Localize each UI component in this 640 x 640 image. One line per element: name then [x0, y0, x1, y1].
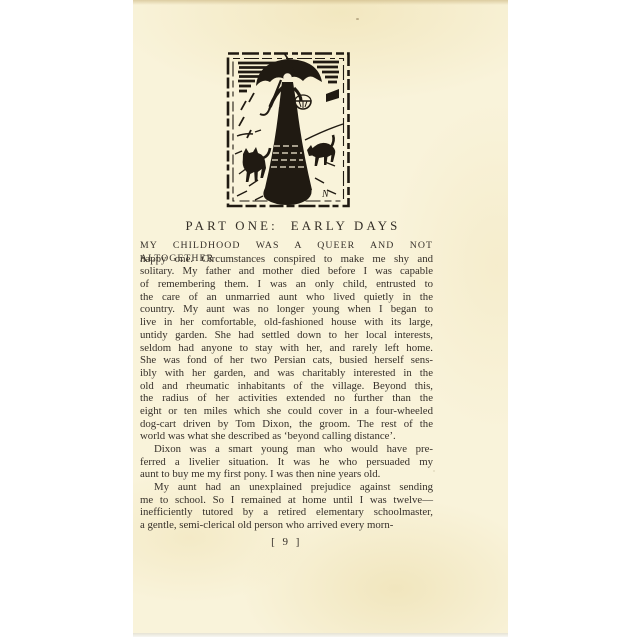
part-heading: PART ONE: EARLY DAYS: [143, 219, 443, 234]
artist-monogram: N: [321, 189, 330, 200]
body-text-line: old and rheumatic inhabitants of the vil…: [140, 380, 433, 393]
body-text-line: Dixon was a smart young man who would ha…: [140, 443, 433, 456]
cat-left: [243, 147, 270, 182]
body-text-line: happy one. Circumstances conspired to ma…: [140, 253, 433, 266]
body-text-line: aunt to buy me my first pony. I was then…: [140, 468, 433, 481]
body-text-line: the radius of her activities extended no…: [140, 392, 433, 405]
body-text-line: MY CHILDHOOD WAS A QUEER AND NOT ALTOGET…: [140, 240, 433, 253]
cat-right: [307, 135, 335, 166]
woodcut-illustration: N: [225, 50, 352, 210]
page-number: [ 9 ]: [140, 536, 433, 548]
body-text-line: ferred a livelier situation. It was he w…: [140, 456, 433, 469]
body-text-line: seldom had anyone to stay with her, and …: [140, 342, 433, 355]
body-text-line: the care of an unmarried aunt who lived …: [140, 291, 433, 304]
woman-figure: [263, 66, 312, 205]
body-text-line: untidy garden. She had settled down to h…: [140, 329, 433, 342]
body-text-line: inefficiently tutored by a retired eleme…: [140, 506, 433, 519]
body-text-line: me to school. So I remained at home unti…: [140, 494, 433, 507]
body-text-line: solitary. My father and mother died befo…: [140, 265, 433, 278]
body-text-line: ibly with her garden, and was charitably…: [140, 367, 433, 380]
book-page-photo: N PART ONE: EARLY DAYS MY CHILDHOOD WAS …: [0, 0, 640, 640]
page-bottom-edge: [133, 633, 508, 637]
distant-bush-shape: [326, 89, 339, 102]
body-text-line: world was what she described as ‘beyond …: [140, 430, 433, 443]
basket-shape: [295, 95, 311, 109]
body-text-line: My aunt had an unexplained prejudice aga…: [140, 481, 433, 494]
book-page: N PART ONE: EARLY DAYS MY CHILDHOOD WAS …: [133, 0, 508, 633]
woodcut-woman-with-umbrella-and-cats: N: [225, 50, 352, 210]
body-text-line: eight or ten miles which she could cover…: [140, 405, 433, 418]
body-text-line: dog-cart driven by Tom Dixon, the groom.…: [140, 418, 433, 431]
body-text-line: She was fond of her two Persian cats, bu…: [140, 354, 433, 367]
body-text-line: of remembering them. I was an only child…: [140, 278, 433, 291]
rain-strokes: [239, 93, 254, 138]
body-text: MY CHILDHOOD WAS A QUEER AND NOT ALTOGET…: [140, 240, 433, 532]
body-text-line: live in her comfortable, old-fashioned h…: [140, 316, 433, 329]
body-text-line: a gentle, semi-clerical old person who a…: [140, 519, 433, 532]
page-top-edge: [133, 0, 508, 5]
body-text-line: country. My aunt was no longer young whe…: [140, 303, 433, 316]
